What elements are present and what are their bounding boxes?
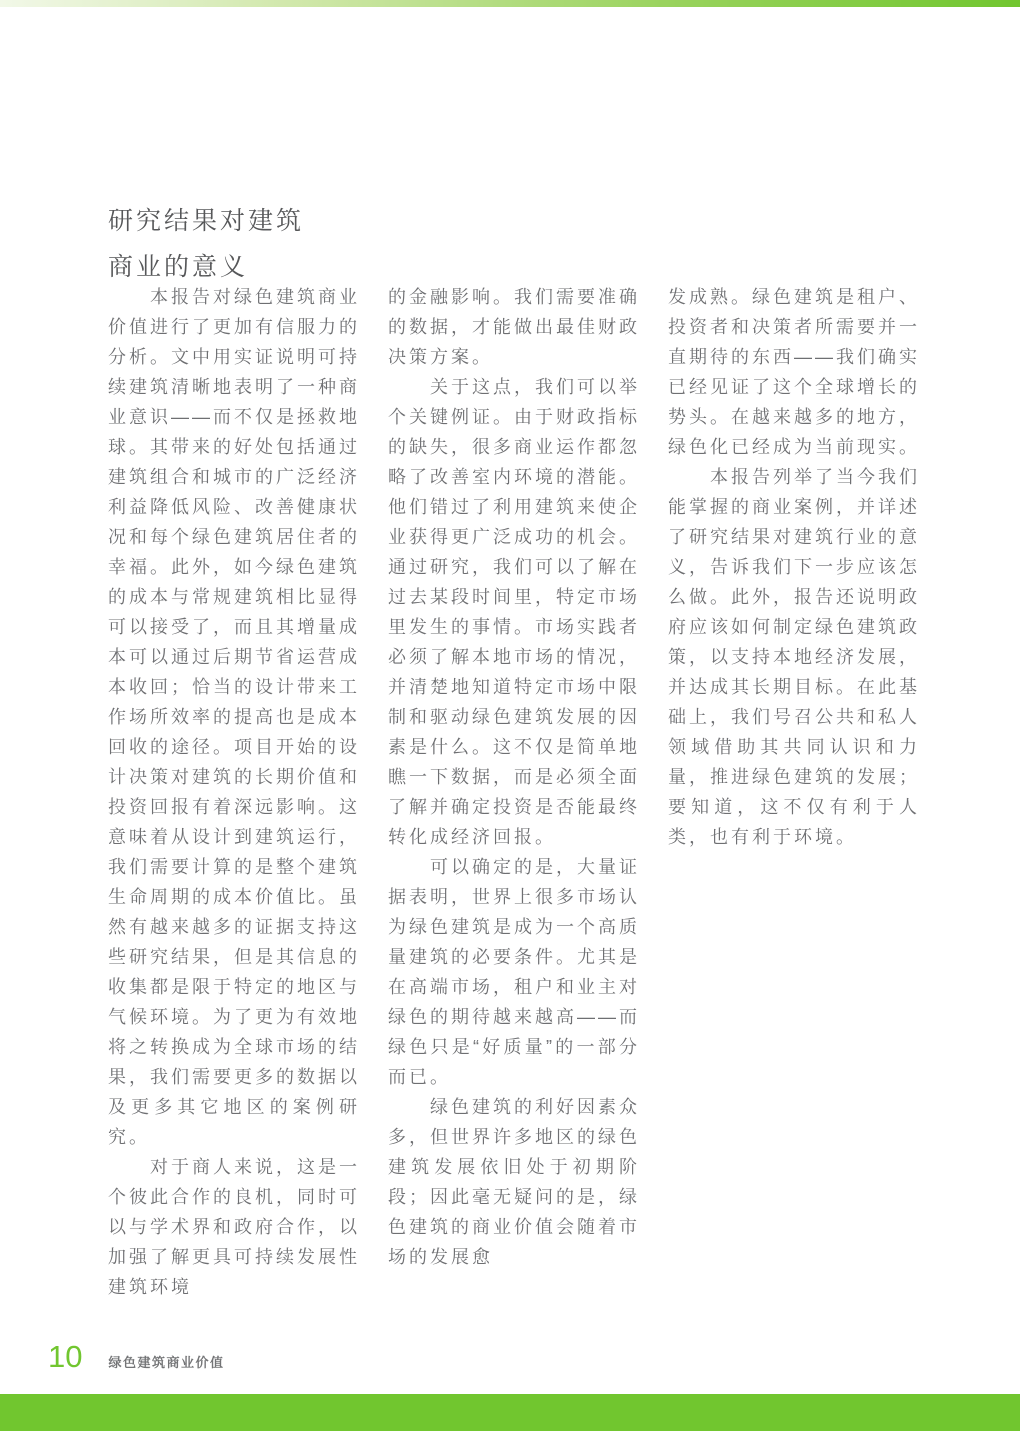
paragraph: 可以确定的是，大量证据表明，世界上很多市场认为绿色建筑是成为一个高质量建筑的必要… bbox=[388, 852, 640, 1092]
text-column-3: 发成熟。绿色建筑是租户、投资者和决策者所需要并一直期待的东西——我们确实已经见证… bbox=[668, 282, 920, 1302]
bottom-green-bar bbox=[0, 1394, 1020, 1431]
body-columns: 本报告对绿色建筑商业价值进行了更加有信服力的分析。文中用实证说明可持续建筑清晰地… bbox=[108, 282, 920, 1302]
text-column-1: 本报告对绿色建筑商业价值进行了更加有信服力的分析。文中用实证说明可持续建筑清晰地… bbox=[108, 282, 360, 1302]
top-gradient-bar bbox=[0, 0, 1020, 7]
page-number: 10 bbox=[48, 1340, 82, 1374]
paragraph: 关于这点，我们可以举个关键例证。由于财政指标的缺失，很多商业运作都忽略了改善室内… bbox=[388, 372, 640, 852]
text-column-2: 的金融影响。我们需要准确的数据，才能做出最佳财政决策方案。 关于这点，我们可以举… bbox=[388, 282, 640, 1302]
footer-title: 绿色建筑商业价值 bbox=[108, 1352, 224, 1371]
page-footer: 10 绿色建筑商业价值 bbox=[48, 1340, 225, 1374]
paragraph: 本报告对绿色建筑商业价值进行了更加有信服力的分析。文中用实证说明可持续建筑清晰地… bbox=[108, 282, 360, 1152]
paragraph: 对于商人来说，这是一个彼此合作的良机，同时可以与学术界和政府合作，以加强了解更具… bbox=[108, 1152, 360, 1302]
document-page: 研究结果对建筑 商业的意义 本报告对绿色建筑商业价值进行了更加有信服力的分析。文… bbox=[0, 0, 1020, 1431]
page-title-line2: 商业的意义 bbox=[108, 253, 248, 281]
page-title-line1: 研究结果对建筑 bbox=[108, 207, 304, 235]
page-title: 研究结果对建筑 商业的意义 bbox=[108, 198, 304, 290]
paragraph: 绿色建筑的利好因素众多，但世界许多地区的绿色建筑发展依旧处于初期阶段；因此毫无疑… bbox=[388, 1092, 640, 1272]
paragraph-continuation: 的金融影响。我们需要准确的数据，才能做出最佳财政决策方案。 bbox=[388, 282, 640, 372]
paragraph-continuation: 发成熟。绿色建筑是租户、投资者和决策者所需要并一直期待的东西——我们确实已经见证… bbox=[668, 282, 920, 462]
paragraph: 本报告列举了当今我们能掌握的商业案例，并详述了研究结果对建筑行业的意义，告诉我们… bbox=[668, 462, 920, 852]
